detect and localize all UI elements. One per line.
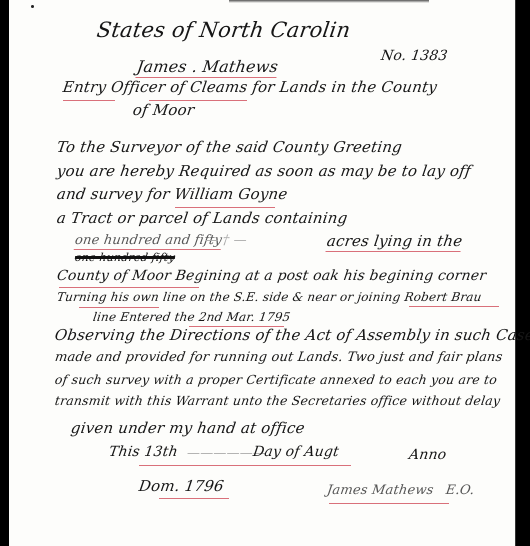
red-underline <box>159 498 229 499</box>
document-page: States of North Carolin No. 1383 James .… <box>9 0 516 546</box>
state-heading: States of North Carolin <box>95 18 352 42</box>
anno-domini-year: Dom. 1796 <box>138 477 225 495</box>
day-of-month: Day of Augt <box>252 444 340 460</box>
county-line: of Moor <box>132 101 196 119</box>
body-line-observing: Observing the Directions of the Act of A… <box>54 326 530 344</box>
struck-out-text: one hundred fifty <box>74 251 176 264</box>
officer-signature: James Mathews <box>326 483 435 498</box>
given-under-line: given under my hand at office <box>70 419 306 437</box>
acreage-words: one hundred and fifty <box>74 233 223 248</box>
body-line-county: County of Moor Begining at a post oak hi… <box>56 268 487 284</box>
dash-mark: — † — <box>204 233 248 248</box>
body-line-turning: Turning his own line on the S.E. side & … <box>56 290 483 304</box>
body-line-3: and survey for William Goyne <box>56 185 289 203</box>
body-line-entered: line Entered the 2nd Mar. 1795 <box>92 310 291 324</box>
officer-title-line: Entry Officer of Cleams for Lands in the… <box>62 78 439 96</box>
scan-shadow <box>229 0 429 3</box>
red-underline <box>139 465 351 466</box>
red-underline <box>63 100 115 101</box>
red-underline <box>59 287 199 288</box>
red-underline <box>79 307 159 308</box>
body-line-transmit: transmit with this Warrant unto the Secr… <box>54 393 501 408</box>
body-line-1: To the Surveyor of the said County Greet… <box>56 138 404 156</box>
warrant-number: No. 1383 <box>380 48 449 64</box>
signature-suffix: E.O. <box>445 483 476 498</box>
anno-label: Anno <box>408 447 448 463</box>
body-line-made: made and provided for running out Lands.… <box>54 350 504 365</box>
body-line-2: you are hereby Required as soon as may b… <box>56 162 472 180</box>
body-line-4: a Tract or parcel of Lands containing <box>56 209 349 227</box>
acres-lying-text: acres lying in the <box>326 232 464 250</box>
red-underline <box>175 207 275 208</box>
this-day: This 13th <box>108 444 179 460</box>
ink-speck <box>31 5 34 8</box>
red-underline <box>329 503 449 504</box>
entry-officer-name: James . Mathews <box>136 57 280 76</box>
red-underline <box>409 306 499 307</box>
body-line-such-survey: of such survey with a proper Certificate… <box>54 372 498 387</box>
